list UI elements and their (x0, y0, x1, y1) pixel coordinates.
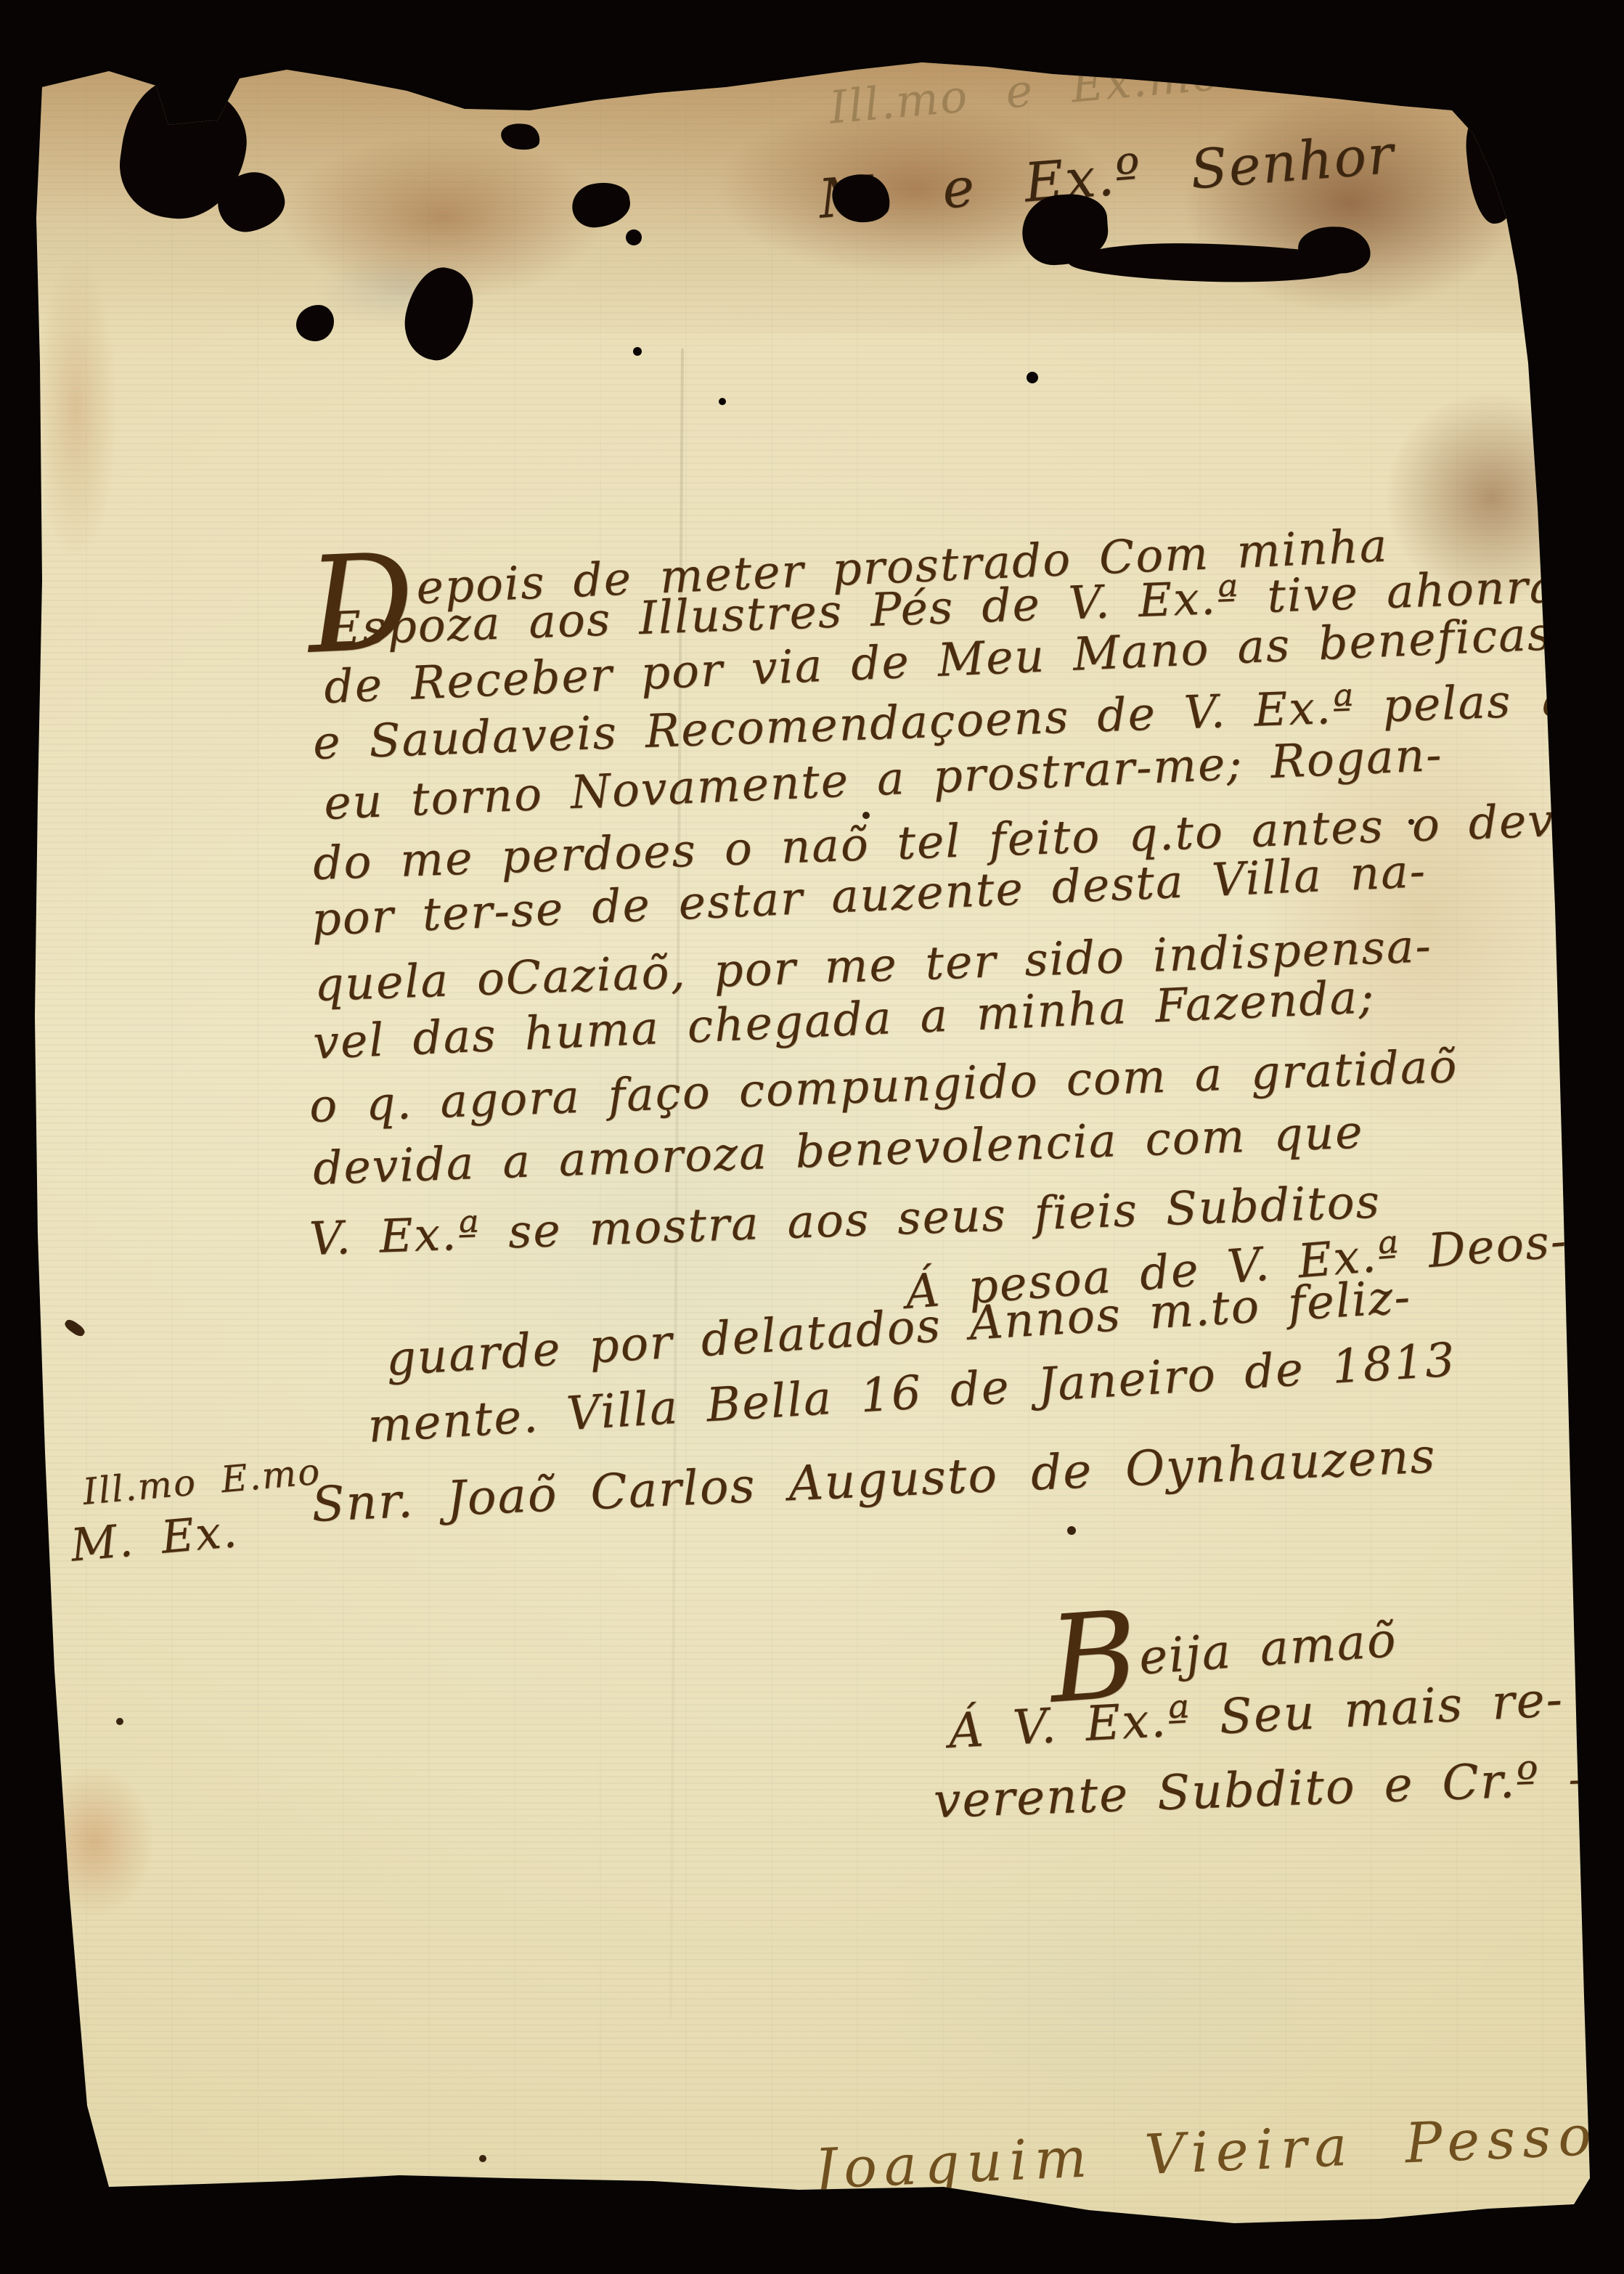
hole-blob (296, 305, 334, 341)
torn-corner-flap (1510, 67, 1597, 227)
closing-line: verente Subdito e Cr.º — (933, 1753, 1618, 1825)
signature-line: Joaquim Vieira Pessoa (813, 2106, 1624, 2196)
ink-speck (63, 1318, 87, 1339)
hole-dot (719, 398, 726, 405)
ink-speck (479, 2155, 486, 2162)
heading-main-honorific: M. e Ex.º Senhor (817, 128, 1397, 227)
heading-ghost-honorific: Ill.mo e Ex.mo (828, 52, 1222, 131)
ink-speck (1067, 1526, 1076, 1535)
bottom-left-stain (15, 1740, 174, 1943)
paper-sheet: Ill.mo e Ex.mo M. e Ex.º Senhor Depois d… (0, 0, 1624, 2274)
closing-line: Á V. Ex.ª Seu mais re- (947, 1676, 1564, 1756)
ink-speck (1408, 819, 1414, 825)
address-honorific-bottom: M. Ex. (69, 1509, 240, 1568)
ink-speck (116, 1718, 123, 1725)
hole-blob (499, 121, 542, 153)
scan-background: Ill.mo e Ex.mo M. e Ex.º Senhor Depois d… (0, 0, 1624, 2274)
left-edge-stain (22, 203, 131, 610)
hole-blob (398, 261, 480, 365)
hole-dot (626, 229, 642, 245)
hole-dot (1027, 372, 1038, 383)
address-honorific-top: Ill.mo E.mo (81, 1453, 322, 1509)
ink-speck (862, 812, 870, 819)
hole-dot (633, 347, 642, 356)
hole-blob (569, 179, 633, 231)
